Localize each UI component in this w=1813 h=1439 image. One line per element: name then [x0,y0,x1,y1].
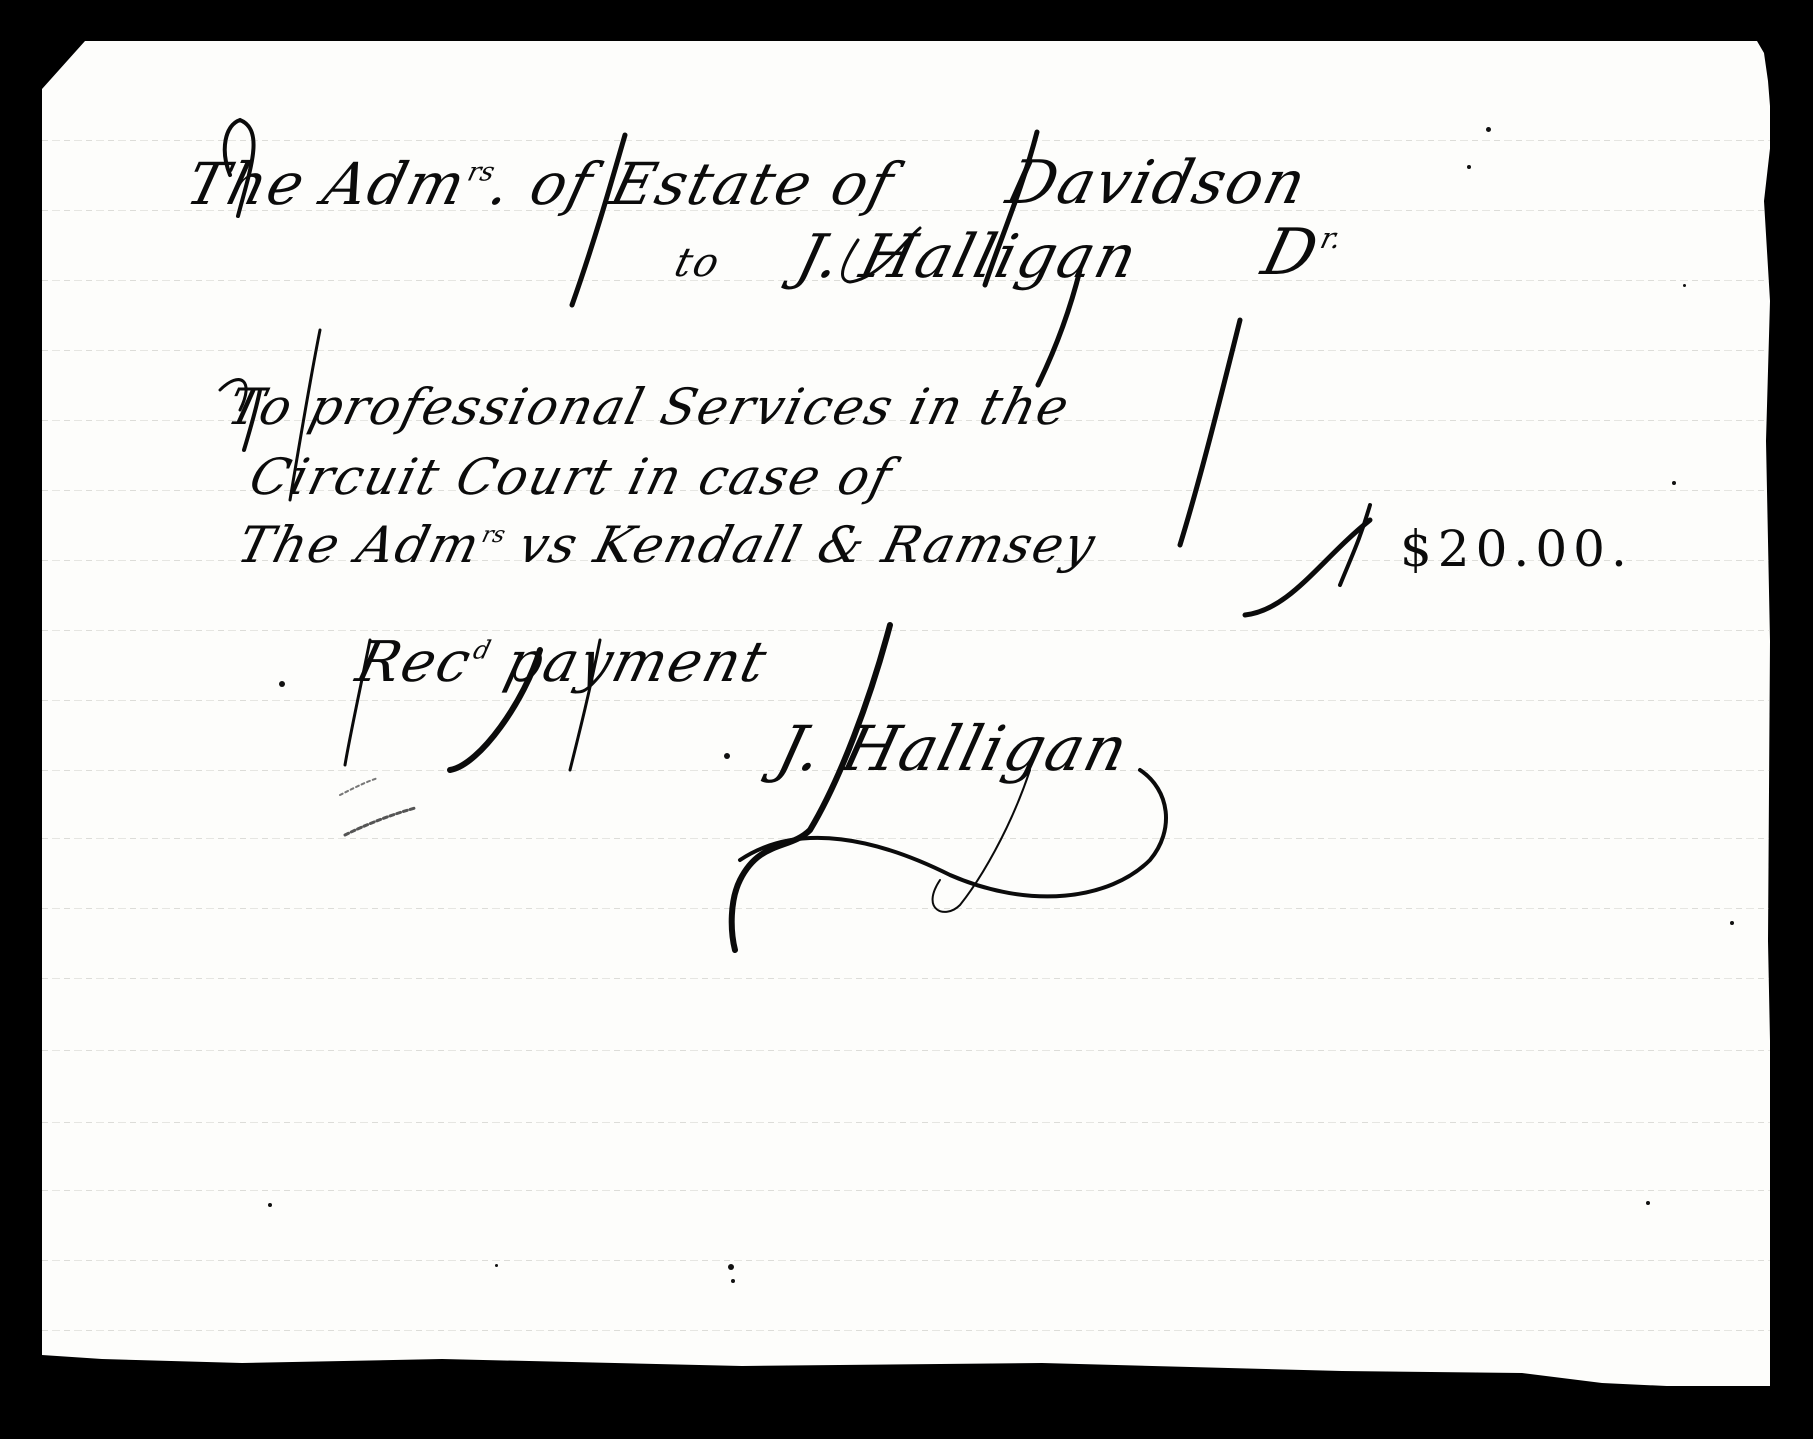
heading-prefix: The Adm [180,150,474,218]
ruled-line [42,1190,1770,1191]
heading-middle: . of Estate of [483,150,902,218]
ink-speck [724,753,730,759]
ruled-line [42,140,1770,141]
ruled-line [42,1260,1770,1261]
ink-speck [1672,481,1676,485]
ink-speck [1467,165,1471,169]
ruled-line [42,978,1770,979]
ink-speck [1486,127,1491,132]
ink-speck [1646,1201,1650,1205]
signature: J. Halligan [770,712,1137,785]
heading-line-1: The Admrs. of Estate of [180,150,902,218]
ruled-line [42,1122,1770,1123]
ruled-line [42,1050,1770,1051]
ruled-line [42,350,1770,351]
body-line-3: The Admrs vs Kendall & Ramsey [232,516,1102,574]
creditor-name: J. Halligan [790,222,1145,292]
amount: $20.00. [1400,520,1633,578]
ink-speck [731,1279,735,1283]
ink-speck [268,1203,272,1207]
ruled-line [42,908,1770,909]
ink-speck [1730,921,1734,925]
ruled-line [42,838,1770,839]
ink-speck [728,1264,734,1270]
estate-name: Davidson [1000,148,1314,218]
received-payment: Recd payment [350,630,774,695]
ink-speck [1683,284,1686,287]
ruled-line [42,1330,1770,1331]
ink-speck [279,681,285,687]
ruled-line [42,630,1770,631]
body-line-1: To professional Services in the [222,378,1076,436]
ink-speck [495,1264,498,1267]
ruled-line [42,700,1770,701]
body-line-2: Circuit Court in case of [244,448,899,506]
